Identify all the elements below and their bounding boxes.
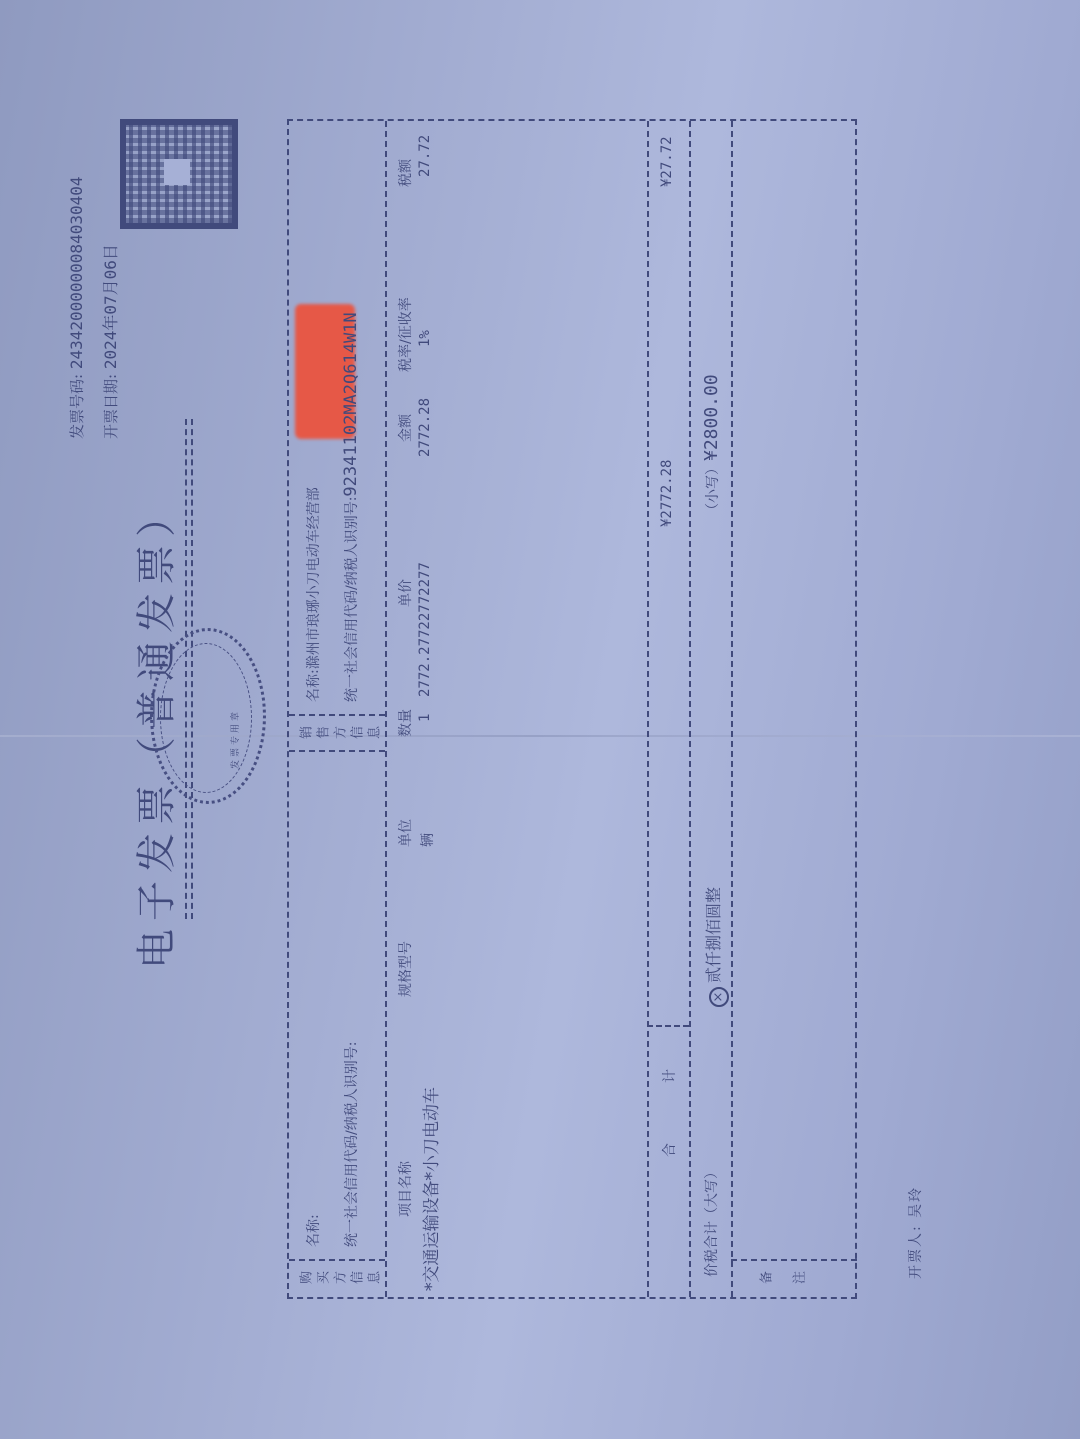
- header-spec: 规格型号: [395, 941, 415, 997]
- qr-code: [120, 119, 238, 229]
- grand-total-divider: [689, 121, 691, 1297]
- totals-label: 合计: [659, 1009, 679, 1157]
- item-amount: 2772.28: [417, 398, 433, 457]
- header-item-name: 项目名称: [395, 1161, 415, 1217]
- cross-circle-icon: ×: [709, 987, 729, 1007]
- issuer-label: 开票人:: [908, 1224, 924, 1279]
- invoice-meta: 发票号码: 24342000000084030404 开票日期: 2024年07…: [60, 177, 128, 440]
- grand-total-label: 价税合计（大写）: [701, 1165, 721, 1277]
- item-tax: 27.72: [417, 135, 433, 177]
- header-amount: 金额: [395, 414, 415, 442]
- seller-label-divider: [289, 714, 385, 716]
- issue-date-row: 开票日期: 2024年07月06日: [94, 177, 128, 440]
- issue-date-label: 开票日期:: [102, 374, 120, 439]
- issue-date: 2024年07月06日: [101, 244, 120, 369]
- seller-tax-id-label: 统一社会信用代码/纳税人识别号:: [344, 497, 360, 702]
- totals-tax: ¥27.72: [659, 136, 675, 187]
- issuer-row: 开票人: 吴玲: [905, 1186, 925, 1279]
- buyer-label-divider: [289, 1259, 385, 1261]
- grand-total-small-row: （小写）¥2800.00: [701, 374, 722, 517]
- item-unit-price: 2772.27722772277: [417, 562, 433, 697]
- party-split: [289, 750, 385, 752]
- item-quantity: 1: [417, 714, 433, 722]
- buyer-tax-id-label: 统一社会信用代码/纳税人识别号:: [341, 1042, 361, 1247]
- header-unit: 单位: [395, 819, 415, 847]
- invoice-number-row: 发票号码: 24342000000084030404: [60, 177, 94, 440]
- buyer-section-label: 购买方信息: [299, 1270, 384, 1289]
- seller-name-label: 名称:: [306, 669, 322, 702]
- buyer-name-label: 名称:: [303, 1214, 323, 1247]
- item-name: *交通运输设备*小刀电动车: [417, 1087, 442, 1291]
- grand-total-words: 贰仟捌佰圆整: [704, 887, 723, 983]
- seller-section-label: 销售方信息: [299, 725, 384, 744]
- invoice-number-label: 发票号码:: [68, 374, 86, 439]
- header-tax: 税额: [395, 159, 415, 187]
- item-tax-rate: 1%: [417, 330, 433, 347]
- totals-divider: [647, 121, 649, 1297]
- grand-total-small: ¥2800.00: [701, 374, 722, 461]
- grand-total-small-label: （小写）: [705, 461, 721, 517]
- totals-amount: ¥2772.28: [659, 460, 675, 527]
- seller-name-row: 名称:滁州市琅琊小刀电动车经营部: [303, 487, 323, 702]
- seal-text: 发票专用章: [228, 709, 241, 769]
- grand-total-words-row: ×贰仟捌佰圆整: [701, 887, 729, 1007]
- header-unit-price: 单价: [395, 579, 415, 607]
- remarks-divider: [731, 121, 733, 1297]
- item-unit: 辆: [417, 833, 437, 847]
- invoice-table: 购买方信息 名称: 统一社会信用代码/纳税人识别号: 销售方信息 名称:滁州市琅…: [287, 119, 857, 1299]
- header-quantity: 数量: [395, 709, 415, 737]
- seller-name: 滁州市琅琊小刀电动车经营部: [306, 487, 322, 669]
- remarks-label: 备注: [759, 1270, 825, 1289]
- remarks-label-divider: [731, 1259, 857, 1261]
- seller-tax-id-row: 统一社会信用代码/纳税人识别号:92341102MA2Q614W1N: [341, 312, 361, 702]
- header-tax-rate: 税率/征收率: [395, 297, 415, 372]
- invoice-sheet: 电子发票（普通发票） 发票专用章 发票号码: 24342000000084030…: [0, 0, 1080, 1439]
- invoice-number: 24342000000084030404: [67, 177, 86, 370]
- party-divider: [385, 121, 387, 1297]
- issuer-name: 吴玲: [908, 1186, 924, 1218]
- seller-tax-id: 92341102MA2Q614W1N: [341, 312, 361, 496]
